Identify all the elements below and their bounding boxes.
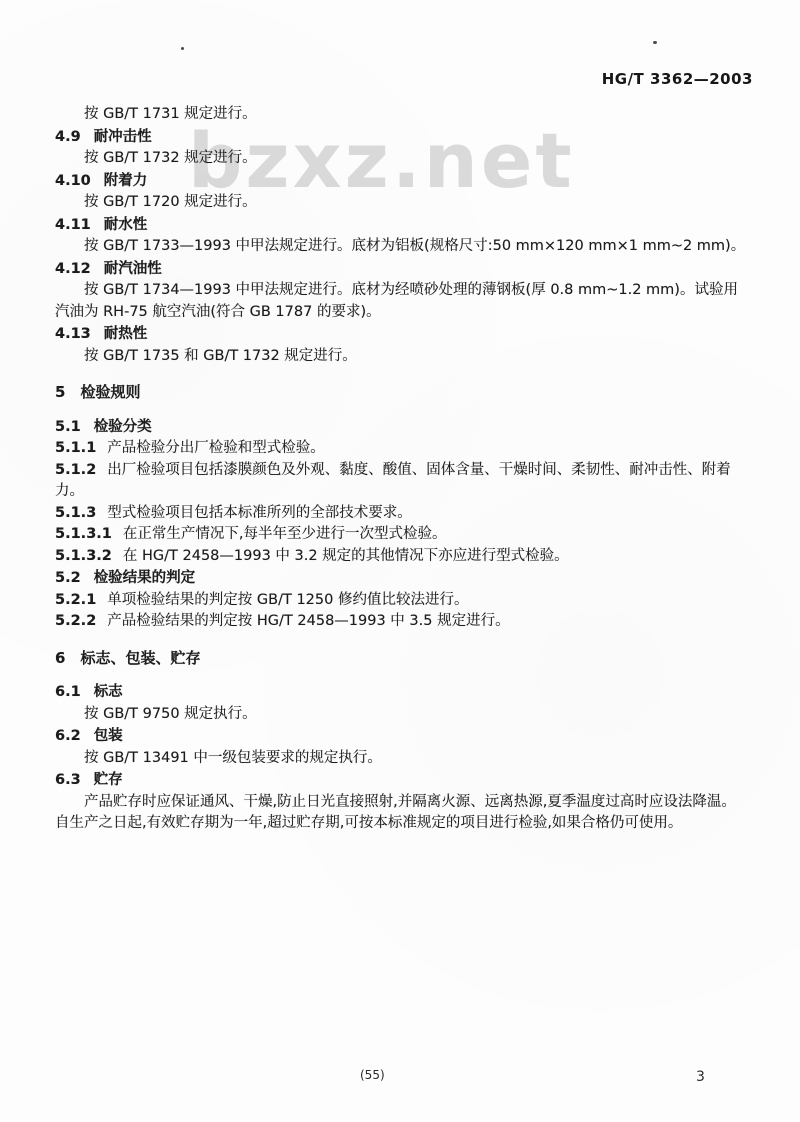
clause-text: 标志 (94, 684, 123, 700)
clause-number: 4.13 (55, 326, 91, 342)
clause-heading: 6.3贮存 (55, 770, 749, 792)
scanned-standard-page: HG/T 3362—2003 bzxz.net 按 GB/T 1731 规定进行… (0, 0, 800, 1122)
paragraph: 按 GB/T 1733—1993 中甲法规定进行。底材为铝板(规格尺寸:50 m… (55, 236, 749, 258)
clause-text: 检验结果的判定 (94, 570, 196, 586)
clause-number: 4.12 (55, 261, 91, 277)
paragraph: 按 GB/T 9750 规定执行。 (55, 704, 749, 726)
clause-heading: 4.10附着力 (55, 171, 749, 193)
clause-text: 按 GB/T 1733—1993 中甲法规定进行。底材为铝板(规格尺寸:50 m… (84, 238, 745, 254)
clause-text: 附着力 (104, 173, 148, 189)
clause-text: 按 GB/T 1731 规定进行。 (84, 106, 257, 122)
clause-heading: 6.2包装 (55, 726, 749, 748)
clause-heading: 5.2检验结果的判定 (55, 568, 749, 590)
paragraph: 按 GB/T 1720 规定进行。 (55, 192, 749, 214)
clause-item: 5.2.2产品检验结果的判定按 HG/T 2458—1993 中 3.5 规定进… (55, 611, 749, 633)
paragraph: 产品贮存时应保证通风、干燥,防止日光直接照射,并隔离火源、远离热源,夏季温度过高… (55, 792, 749, 835)
clause-number: 5.2 (55, 570, 81, 586)
scan-speckle (181, 47, 184, 50)
clause-text: 耐冲击性 (94, 129, 152, 145)
clause-item: 5.1.2出厂检验项目包括漆膜颜色及外观、黏度、酸值、固体含量、干燥时间、柔韧性… (55, 460, 749, 503)
clause-text: 产品检验结果的判定按 HG/T 2458—1993 中 3.5 规定进行。 (107, 613, 509, 629)
clause-item: 5.2.1单项检验结果的判定按 GB/T 1250 修约值比较法进行。 (55, 590, 749, 612)
footer-page-number: 3 (696, 1069, 705, 1085)
clause-number: 6.1 (55, 684, 81, 700)
clause-text: 标志、包装、贮存 (80, 649, 200, 667)
clause-number: 5.1.3.1 (55, 526, 112, 542)
clause-text: 按 GB/T 1720 规定进行。 (84, 194, 257, 210)
clause-item: 5.1.3.1在正常生产情况下,每半年至少进行一次型式检验。 (55, 524, 749, 546)
clause-text: 耐热性 (104, 326, 148, 342)
clause-number: 6.2 (55, 728, 81, 744)
clause-number: 5.1.2 (55, 462, 96, 478)
paragraph: 按 GB/T 1731 规定进行。 (55, 104, 749, 126)
clause-heading: 4.13耐热性 (55, 324, 749, 346)
clause-text: 在 HG/T 2458—1993 中 3.2 规定的其他情况下亦应进行型式检验。 (123, 548, 569, 564)
clause-number: 5.1.1 (55, 440, 96, 456)
clause-text: 按 GB/T 1732 规定进行。 (84, 150, 257, 166)
paragraph: 按 GB/T 1735 和 GB/T 1732 规定进行。 (55, 346, 749, 368)
clause-text: 检验分类 (94, 419, 152, 435)
clause-number: 4.11 (55, 217, 91, 233)
clause-text: 按 GB/T 1734—1993 中甲法规定进行。底材为经喷砂处理的薄钢板(厚 … (55, 282, 738, 320)
clause-number: 5.1 (55, 419, 81, 435)
paragraph: 按 GB/T 1734—1993 中甲法规定进行。底材为经喷砂处理的薄钢板(厚 … (55, 280, 749, 323)
section-heading: 6标志、包装、贮存 (55, 648, 749, 670)
clause-heading: 4.9耐冲击性 (55, 127, 749, 149)
clause-number: 5.2.2 (55, 613, 96, 629)
clause-number: 5 (55, 383, 65, 401)
clause-number: 4.9 (55, 129, 81, 145)
document-body: 按 GB/T 1731 规定进行。4.9耐冲击性按 GB/T 1732 规定进行… (55, 104, 749, 835)
clause-number: 6 (55, 649, 65, 667)
clause-item: 5.1.1产品检验分出厂检验和型式检验。 (55, 438, 749, 460)
clause-text: 按 GB/T 1735 和 GB/T 1732 规定进行。 (84, 348, 357, 364)
scan-speckle (653, 41, 657, 44)
footer-sheet-mark: (55) (360, 1068, 385, 1082)
clause-text: 耐汽油性 (104, 261, 162, 277)
clause-text: 耐水性 (104, 217, 148, 233)
clause-text: 在正常生产情况下,每半年至少进行一次型式检验。 (123, 526, 447, 542)
paragraph: 按 GB/T 13491 中一级包装要求的规定执行。 (55, 748, 749, 770)
clause-text: 贮存 (94, 772, 123, 788)
clause-text: 型式检验项目包括本标准所列的全部技术要求。 (107, 505, 412, 521)
clause-heading: 6.1标志 (55, 682, 749, 704)
clause-heading: 5.1检验分类 (55, 417, 749, 439)
clause-heading: 4.12耐汽油性 (55, 259, 749, 281)
clause-number: 5.2.1 (55, 592, 96, 608)
paragraph: 按 GB/T 1732 规定进行。 (55, 148, 749, 170)
clause-number: 5.1.3.2 (55, 548, 112, 564)
clause-item: 5.1.3型式检验项目包括本标准所列的全部技术要求。 (55, 503, 749, 525)
clause-text: 产品贮存时应保证通风、干燥,防止日光直接照射,并隔离火源、远离热源,夏季温度过高… (55, 794, 736, 832)
clause-text: 出厂检验项目包括漆膜颜色及外观、黏度、酸值、固体含量、干燥时间、柔韧性、耐冲击性… (55, 462, 731, 500)
clause-number: 5.1.3 (55, 505, 96, 521)
standard-code-header: HG/T 3362—2003 (602, 70, 753, 88)
clause-item: 5.1.3.2在 HG/T 2458—1993 中 3.2 规定的其他情况下亦应… (55, 546, 749, 568)
section-heading: 5检验规则 (55, 382, 749, 404)
clause-number: 6.3 (55, 772, 81, 788)
clause-text: 按 GB/T 13491 中一级包装要求的规定执行。 (84, 750, 382, 766)
clause-text: 按 GB/T 9750 规定执行。 (84, 706, 257, 722)
clause-text: 产品检验分出厂检验和型式检验。 (107, 440, 325, 456)
clause-text: 检验规则 (80, 383, 140, 401)
clause-heading: 4.11耐水性 (55, 215, 749, 237)
clause-number: 4.10 (55, 173, 91, 189)
clause-text: 单项检验结果的判定按 GB/T 1250 修约值比较法进行。 (107, 592, 468, 608)
clause-text: 包装 (94, 728, 123, 744)
